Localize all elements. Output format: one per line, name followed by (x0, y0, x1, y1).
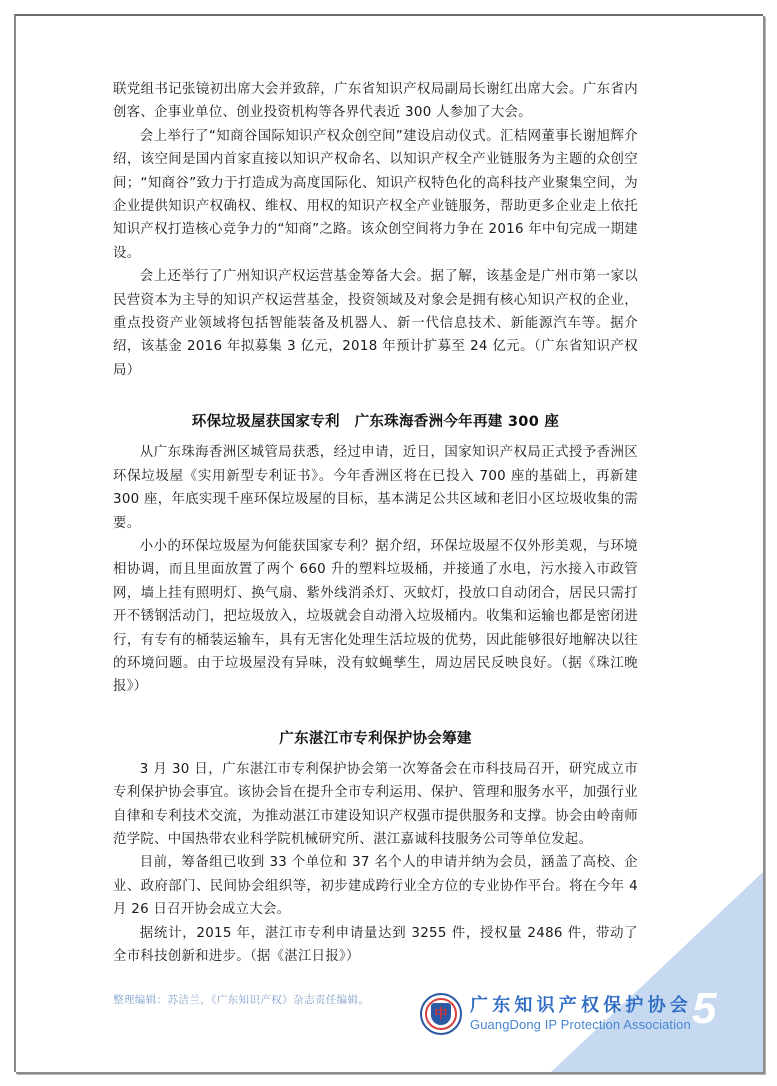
paragraph: 据统计，2015 年，湛江市专利申请量达到 3255 件，授权量 2486 件，… (113, 922, 638, 969)
paragraph: 会上还举行了广州知识产权运营基金筹备大会。据了解，该基金是广州市第一家以民营资本… (113, 265, 638, 382)
page-content: 联党组书记张镜初出席大会并致辞，广东省知识产权局副局长谢红出席大会。广东省内创客… (113, 78, 638, 968)
article-waste-house-patent: 环保垃圾屋获国家专利 广东珠海香洲今年再建 300 座 从广东珠海香洲区城管局获… (113, 410, 638, 698)
paragraph: 联党组书记张镜初出席大会并致辞，广东省知识产权局副局长谢红出席大会。广东省内创客… (113, 78, 638, 125)
article-continuation: 联党组书记张镜初出席大会并致辞，广东省知识产权局副局长谢红出席大会。广东省内创客… (113, 78, 638, 382)
shield-icon: 中 (431, 1003, 451, 1025)
paragraph: 从广东珠海香洲区城管局获悉，经过申请，近日，国家知识产权局正式授予香洲区环保垃圾… (113, 441, 638, 535)
article-title: 广东湛江市专利保护协会筹建 (113, 727, 638, 751)
article-title: 环保垃圾屋获国家专利 广东珠海香洲今年再建 300 座 (113, 410, 638, 434)
page-number: 5 (692, 985, 716, 1033)
paragraph: 3 月 30 日，广东湛江市专利保护协会第一次筹备会在市科技局召开，研究成立市专… (113, 758, 638, 852)
logo-english-name: GuangDong IP Protection Association (470, 1017, 692, 1033)
emblem-icon: 中 (420, 993, 462, 1035)
article-zhanjiang-association: 广东湛江市专利保护协会筹建 3 月 30 日，广东湛江市专利保护协会第一次筹备会… (113, 727, 638, 969)
logo-chinese-name: 广东知识产权保护协会 (470, 995, 692, 1017)
paragraph: 会上举行了“知商谷国际知识产权众创空间”建设启动仪式。汇桔网董事长谢旭辉介绍，该… (113, 125, 638, 265)
association-logo: 中 广东知识产权保护协会 GuangDong IP Protection Ass… (420, 993, 692, 1035)
paragraph: 目前，筹备组已收到 33 个单位和 37 名个人的申请并纳为会员，涵盖了高校、企… (113, 851, 638, 921)
paragraph: 小小的环保垃圾屋为何能获国家专利？据介绍，环保垃圾屋不仅外形美观，与环境相协调，… (113, 535, 638, 699)
logo-text: 广东知识产权保护协会 GuangDong IP Protection Assoc… (470, 995, 692, 1033)
editor-note: 整理编辑：苏洁兰，《广东知识产权》杂志责任编辑。 (113, 992, 369, 1007)
